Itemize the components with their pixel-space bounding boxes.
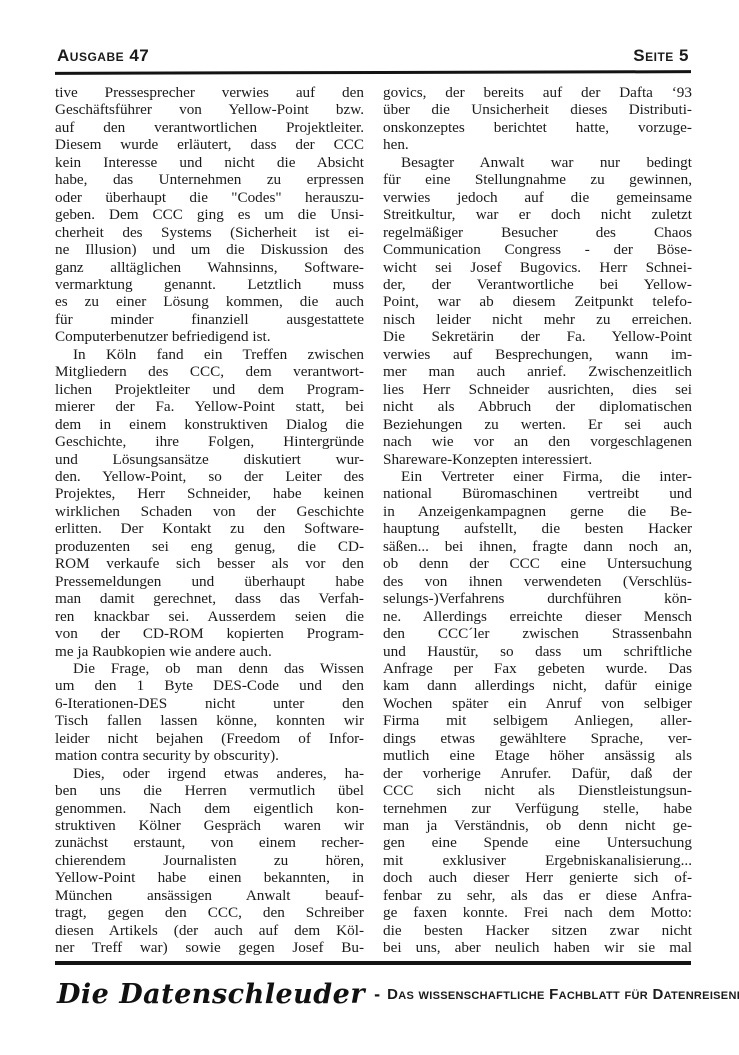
text-line: Tisch fallen lassen könne, konnten wir <box>55 712 364 729</box>
text-line: fenbar zu sehr, als das er diese Anfra- <box>383 887 692 904</box>
text-line: und Lösungsansätze diskutiert wur- <box>55 451 364 468</box>
text-line: struktiven Kölner Gespräch waren wir <box>55 817 364 834</box>
text-line: Die Sekretärin der Fa. Yellow-Point <box>383 328 692 345</box>
text-line: verwies auf Besprechungen, wann im- <box>383 346 692 363</box>
text-line: Anfrage per Fax gebeten wurde. Das <box>383 660 692 677</box>
text-column-right: govics, der bereits auf der Dafta ‘93übe… <box>383 84 692 957</box>
magazine-tagline: Das wissenschaftliche Fachblatt für Date… <box>387 986 739 1003</box>
text-line: mierer der Fa. Yellow-Point statt, bei <box>55 398 364 415</box>
text-line: geben. Dem CCC ging es um die Unsi- <box>55 206 364 223</box>
text-line: Besagter Anwalt war nur bedingt <box>383 154 692 171</box>
text-line: cherheit des Systems (Sicherheit ist ei- <box>55 224 364 241</box>
text-line: der vorherige Anrufer. Dafür, daß der <box>383 765 692 782</box>
footer-separator: - <box>374 984 380 1005</box>
text-line: gen eine Spende eine Untersuchung <box>383 834 692 851</box>
footer-rule <box>55 961 691 965</box>
text-line: ge faxen konnte. Frei nach dem Motto: <box>383 904 692 921</box>
header-rule <box>55 70 691 75</box>
text-column-left: tive Pressesprecher verwies auf denGesch… <box>55 84 364 957</box>
text-line: und Haustür, so dass um schriftliche <box>383 643 692 660</box>
text-line: mit exklusiver Ergebniskanalisierung... <box>383 852 692 869</box>
text-line: Projektes, Herr Schneider, habe keinen <box>55 485 364 502</box>
text-line: oder überhaupt die "Codes" herauszu- <box>55 189 364 206</box>
text-line: der, der Verantwortliche bei Yellow- <box>383 276 692 293</box>
text-line: dem in einem konstruktiven Dialog die <box>55 416 364 433</box>
text-line: tragt, gegen den CCC, den Schreiber <box>55 904 364 921</box>
text-line: regelmäßiger Besucher des Chaos <box>383 224 692 241</box>
text-line: produzenten sei eng genug, die CD- <box>55 538 364 555</box>
text-line: mer man auch anrief. Zwischenzeitlich <box>383 363 692 380</box>
text-line: Diesem wurde erläutert, dass der CCC <box>55 136 364 153</box>
page-number-label: Seite 5 <box>633 46 689 66</box>
text-line: chierendem Journalisten zu hören, <box>55 852 364 869</box>
text-line: ganz alltäglichen Wahnsinns, Software- <box>55 259 364 276</box>
text-line: den CCC´ler zwischen Strassenbahn <box>383 625 692 642</box>
text-line: me ja Raubkopien wie andere auch. <box>55 643 364 660</box>
text-line: hen. <box>383 136 692 153</box>
magazine-title: Die Datenschleuder <box>57 979 365 1010</box>
text-line: ROM verkaufe sich besser als vor den <box>55 555 364 572</box>
text-line: Computerbenutzer befriedigend ist. <box>55 328 364 345</box>
article-body: tive Pressesprecher verwies auf denGesch… <box>55 84 692 957</box>
text-line: vermarktung genannt. Letztlich muss <box>55 276 364 293</box>
text-line: erlitten. Der Kontakt zu den Software- <box>55 520 364 537</box>
text-line: um den 1 Byte DES-Code und den <box>55 677 364 694</box>
text-line: ne. Allerdings erreichte dieser Mensch <box>383 608 692 625</box>
text-line: lies Herr Schneider ausrichten, dies sei <box>383 381 692 398</box>
text-line: ren knackbar sei. Ausserdem seien die <box>55 608 364 625</box>
text-line: ner Treff war) sowie gegen Josef Bu- <box>55 939 364 956</box>
text-line: kam dann allerdings nicht, dafür einige <box>383 677 692 694</box>
text-line: Streitkultur, war er doch nicht zuletzt <box>383 206 692 223</box>
text-line: verwies jedoch auf die gemeinsame <box>383 189 692 206</box>
text-line: für eine Stellungnahme zu gewinnen, <box>383 171 692 188</box>
text-line: über die Unsicherheit dieses Distributi- <box>383 101 692 118</box>
text-line: mation contra security by obscurity). <box>55 747 364 764</box>
text-line: CCC sich nicht als Dienstleistungsun- <box>383 782 692 799</box>
text-line: Die Frage, ob man denn das Wissen <box>55 660 364 677</box>
text-line: Mitgliedern des CCC, dem verantwort- <box>55 363 364 380</box>
text-line: wicht sei Josef Bugovics. Herr Schnei- <box>383 259 692 276</box>
text-line: Beziehungen zu werten. Er sei auch <box>383 416 692 433</box>
text-line: Pressemeldungen und überhaupt habe <box>55 573 364 590</box>
text-line: tive Pressesprecher verwies auf den <box>55 84 364 101</box>
text-line: nach wie vor an den vorgeschlagenen <box>383 433 692 450</box>
text-line: ternehmen zur Verfügung stelle, habe <box>383 800 692 817</box>
text-line: München ansässigen Anwalt beauf- <box>55 887 364 904</box>
scanned-magazine-page: Ausgabe 47 Seite 5 tive Pressesprecher v… <box>0 0 739 1055</box>
text-line: national Büromaschinen vertreibt und <box>383 485 692 502</box>
text-line: diesen Artikels (der auch auf dem Köl- <box>55 922 364 939</box>
text-line: kein Interesse und nicht die Absicht <box>55 154 364 171</box>
text-line: man ja Verständnis, ob denn nicht ge- <box>383 817 692 834</box>
text-line: habe, das Unternehmen zu erpressen <box>55 171 364 188</box>
page-header: Ausgabe 47 Seite 5 <box>57 46 689 66</box>
text-line: selungs-)Verfahrens durchführen kön- <box>383 590 692 607</box>
page-footer: Die Datenschleuder - Das wissenschaftlic… <box>57 968 695 1020</box>
text-line: für minder finanziell ausgestattete <box>55 311 364 328</box>
text-line: nisch leider nicht mehr zu erreichen. <box>383 311 692 328</box>
text-line: onskonzeptes berichtet hatte, vorzuge- <box>383 119 692 136</box>
text-line: es zu einer Lösung kommen, die auch <box>55 293 364 310</box>
text-line: doch auch dieser Herr genierte sich of- <box>383 869 692 886</box>
text-line: die besten Hacker sitzen zwar nicht <box>383 922 692 939</box>
text-line: Wochen später ein Anruf von selbiger <box>383 695 692 712</box>
text-line: Geschichte, ihre Folgen, Hintergründe <box>55 433 364 450</box>
text-line: man damit gerechnet, dass das Verfah- <box>55 590 364 607</box>
text-line: von der CD-ROM kopierten Program- <box>55 625 364 642</box>
text-line: des von ihnen verwendeten (Verschlüs- <box>383 573 692 590</box>
text-line: Point, war ab diesem Zeitpunkt telefo- <box>383 293 692 310</box>
text-line: ben uns die Herren vermutlich übel <box>55 782 364 799</box>
text-line: dings etwas gewähltere Sprache, ver- <box>383 730 692 747</box>
text-line: 6-Iterationen-DES nicht unter den <box>55 695 364 712</box>
text-line: Yellow-Point habe einen bekannten, in <box>55 869 364 886</box>
text-line: genommen. Nach dem eigentlich kon- <box>55 800 364 817</box>
text-line: Shareware-Konzepten interessiert. <box>383 451 692 468</box>
text-line: ob denn der CCC eine Untersuchung <box>383 555 692 572</box>
text-line: lichen Projektleiter und dem Program- <box>55 381 364 398</box>
text-line: leider nicht bejahen (Freedom of Infor- <box>55 730 364 747</box>
text-line: Firma mit selbigem Anliegen, aller- <box>383 712 692 729</box>
text-line: zunächst erstaunt, von einem recher- <box>55 834 364 851</box>
text-line: Geschäftsführer von Yellow-Point bzw. <box>55 101 364 118</box>
text-line: Ein Vertreter einer Firma, die inter- <box>383 468 692 485</box>
text-line: In Köln fand ein Treffen zwischen <box>55 346 364 363</box>
text-line: govics, der bereits auf der Dafta ‘93 <box>383 84 692 101</box>
text-line: ne Illusion) und um die Diskussion des <box>55 241 364 258</box>
text-line: wirklichen Schaden von der Geschichte <box>55 503 364 520</box>
text-line: nicht als Abbruch der diplomatischen <box>383 398 692 415</box>
text-line: mutlich eine Etage höher ansässig als <box>383 747 692 764</box>
text-line: Communication Congress - der Böse- <box>383 241 692 258</box>
text-line: Dies, oder irgend etwas anderes, ha- <box>55 765 364 782</box>
text-line: bei uns, aber neulich haben wir sie mal <box>383 939 692 956</box>
text-line: auf den verantwortlichen Projektleiter. <box>55 119 364 136</box>
issue-label: Ausgabe 47 <box>57 46 149 66</box>
text-line: den. Yellow-Point, so der Leiter des <box>55 468 364 485</box>
text-line: in Anzeigenkampagnen gerne die Be- <box>383 503 692 520</box>
text-line: säßen... bei ihnen, fragte dann noch an, <box>383 538 692 555</box>
text-line: hauptung aufstellt, die besten Hacker <box>383 520 692 537</box>
